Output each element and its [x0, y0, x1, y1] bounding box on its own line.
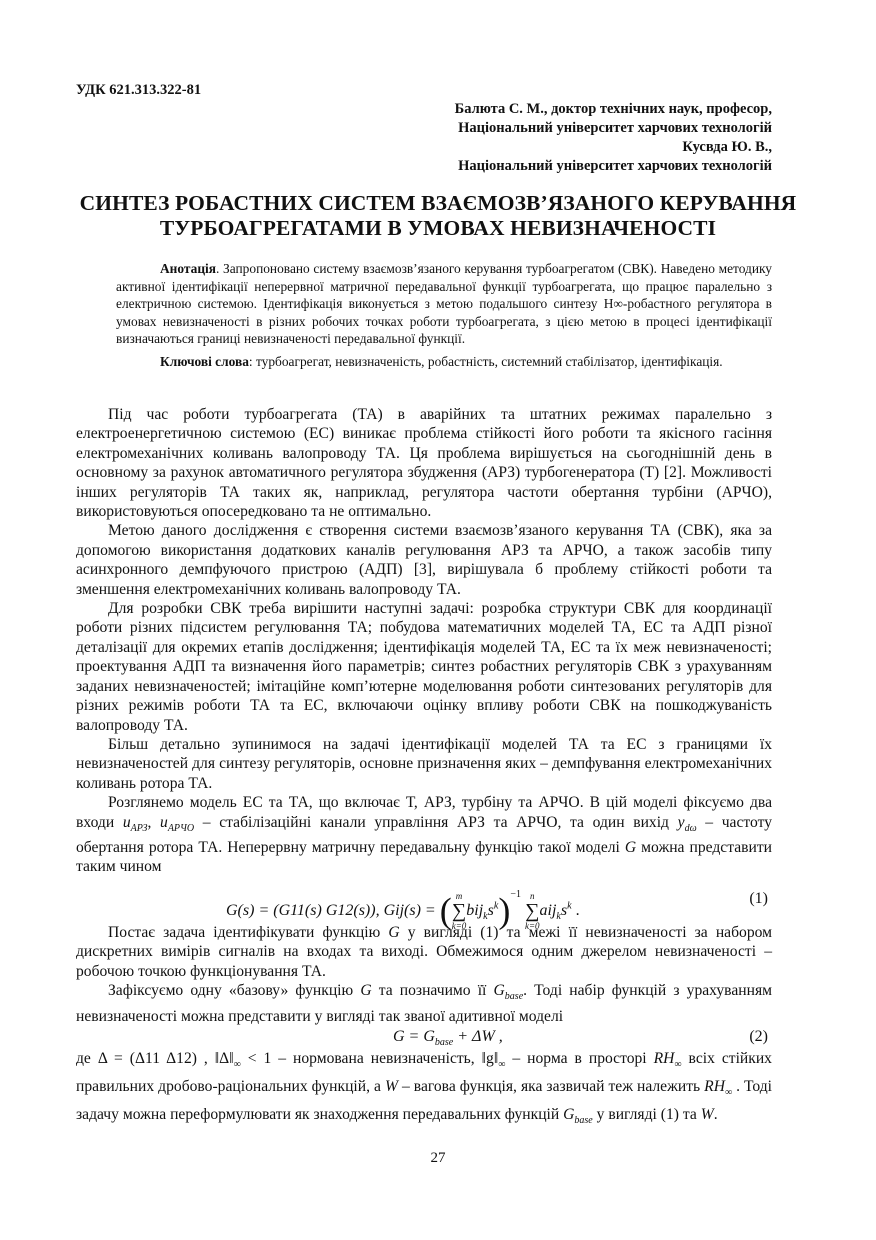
udk-code: УДК 621.313.322-81	[76, 82, 201, 99]
text: – вагова функція, яка зазвичай теж належ…	[398, 1078, 704, 1095]
term: aij	[540, 902, 557, 919]
var-u: u	[160, 814, 168, 831]
paper-title: СИНТЕЗ РОБАСТНИХ СИСТЕМ ВЗАЄМОЗВ’ЯЗАНОГО…	[60, 191, 816, 241]
var-w: W	[701, 1106, 714, 1123]
author-2-affiliation: Національний університет харчових технол…	[455, 157, 772, 176]
sum-lower: k=0	[452, 921, 467, 931]
subscript: ∞	[674, 1059, 681, 1070]
sum-symbol: n∑k=0	[525, 891, 540, 931]
page-number: 27	[0, 1150, 876, 1167]
subscript: АРЧО	[168, 823, 194, 834]
sum-lower: k=0	[525, 921, 540, 931]
var-g-base: G	[563, 1106, 574, 1123]
text: у вигляді (1) та	[593, 1106, 701, 1123]
subscript: dω	[685, 823, 697, 834]
eq-lhs: G = G	[393, 1028, 435, 1045]
inverse-exponent: −1	[510, 889, 521, 900]
subscript: base	[435, 1037, 453, 1048]
equation-1: G(s) = (G11(s) G12(s)), Gij(s) = (m∑k=0b…	[76, 877, 772, 923]
author-1-affiliation: Національний університет харчових технол…	[455, 119, 772, 138]
paragraph-2: Метою даного дослідження є створення сис…	[76, 521, 772, 599]
keywords-paragraph: Ключові слова: турбоагрегат, невизначені…	[116, 353, 772, 371]
text: ,	[147, 814, 160, 831]
subscript: base	[505, 991, 523, 1002]
subscript: base	[574, 1115, 592, 1126]
text: та позначимо її	[372, 982, 494, 999]
paragraph-5: Розглянемо модель ЕС та ТА, що включає Т…	[76, 793, 772, 877]
sum-symbol: m∑k=0	[452, 891, 467, 931]
paragraph-8: де Δ = (Δ11 Δ12) , ‖Δ‖∞ < 1 – нормована …	[76, 1048, 772, 1132]
term: bij	[466, 902, 483, 919]
equation-1-number: (1)	[749, 889, 768, 908]
equation-2: G = Gbase + ΔW , (2)	[76, 1026, 772, 1048]
var-rh: RH	[654, 1050, 675, 1067]
subscript: ∞	[234, 1059, 241, 1070]
paragraph-6: Постає задача ідентифікувати функцію G у…	[76, 923, 772, 981]
title-line-2: ТУРБОАГРЕГАТАМИ В УМОВАХ НЕВИЗНАЧЕНОСТІ	[60, 216, 816, 241]
eq-lhs: G(s) = (G11(s) G12(s)), Gij(s) =	[226, 902, 440, 919]
paragraph-4: Більш детально зупинимося на задачі іден…	[76, 735, 772, 793]
equation-2-formula: G = Gbase + ΔW ,	[393, 1027, 503, 1053]
author-1-name: Балюта С. М., доктор технічних наук, про…	[455, 100, 772, 119]
body-text: Під час роботи турбоагрегата (ТА) в авар…	[76, 405, 772, 1132]
author-2-name: Кусвда Ю. В.,	[455, 138, 772, 157]
var-y: y	[678, 814, 685, 831]
text: – норма в просторі	[505, 1050, 653, 1067]
var-g-base: G	[494, 982, 505, 999]
text: – стабілізаційні канали управління АРЗ т…	[194, 814, 677, 831]
author-block: Балюта С. М., доктор технічних наук, про…	[455, 100, 772, 176]
paragraph-7: Зафіксуємо одну «базову» функцію G та по…	[76, 981, 772, 1026]
paragraph-1: Під час роботи турбоагрегата (ТА) в авар…	[76, 405, 772, 521]
keywords-text: : турбоагрегат, невизначеність, робастні…	[249, 354, 723, 369]
abstract-paragraph: Анотація. Запропоновано систему взаємозв…	[116, 260, 772, 348]
var-u: u	[123, 814, 131, 831]
equation-1-formula: G(s) = (G11(s) G12(s)), Gij(s) = (m∑k=0b…	[226, 885, 580, 931]
var-rh: RH	[704, 1078, 725, 1095]
title-line-1: СИНТЕЗ РОБАСТНИХ СИСТЕМ ВЗАЄМОЗВ’ЯЗАНОГО…	[60, 191, 816, 216]
abstract-label: Анотація	[160, 261, 216, 276]
text: Зафіксуємо одну «базову» функцію	[108, 982, 360, 999]
text: .	[714, 1106, 718, 1123]
eq-end: .	[572, 902, 580, 919]
text: де Δ = (Δ11 Δ12) , ‖Δ‖	[76, 1050, 234, 1067]
abstract: Анотація. Запропоновано систему взаємозв…	[116, 260, 772, 371]
paragraph-3: Для розробки СВК треба вирішити наступні…	[76, 599, 772, 735]
eq-rhs: + ΔW ,	[453, 1028, 503, 1045]
var-w: W	[385, 1078, 398, 1095]
keywords-label: Ключові слова	[160, 354, 249, 369]
equation-2-number: (2)	[749, 1027, 768, 1046]
var-g: G	[360, 982, 371, 999]
subscript: АРЗ	[131, 823, 148, 834]
var-g: G	[625, 839, 636, 856]
